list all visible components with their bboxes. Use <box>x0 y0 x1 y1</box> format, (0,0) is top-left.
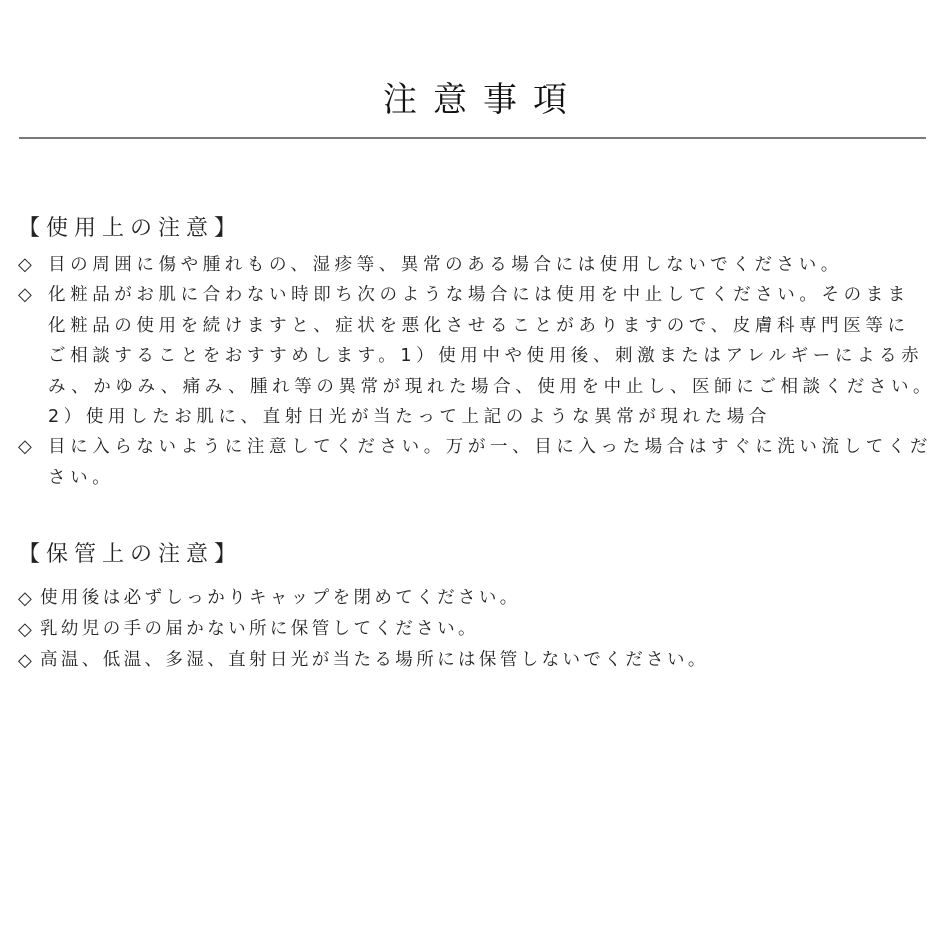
diamond-bullet-icon: ◇ <box>18 250 32 280</box>
diamond-bullet-icon: ◇ <box>18 432 32 462</box>
item-text: み、かゆみ、痛み、腫れ等の異常が現れた場合、使用を中止し、医師にご相談ください。 <box>48 372 928 402</box>
item-text: 化粧品の使用を続けますと、症状を悪化させることがありますので、皮膚科専門医等に <box>48 311 928 341</box>
title-divider <box>19 137 926 139</box>
item-text: 使用後は必ずしっかりキャップを閉めてください。 <box>40 583 928 614</box>
list-item: ◇ 化粧品がお肌に合わない時即ち次のような場合には使用を中止してください。そのま… <box>18 280 928 432</box>
item-text: ご相談することをおすすめします。1）使用中や使用後、刺激またはアレルギーによる赤 <box>48 341 928 371</box>
section-usage-precautions: 【使用上の注意】 ◇ 目の周囲に傷や腫れもの、湿疹等、異常のある場合には使用しな… <box>18 214 928 493</box>
diamond-bullet-icon: ◇ <box>18 583 32 614</box>
item-text: 2）使用したお肌に、直射日光が当たって上記のような異常が現れた場合 <box>48 402 928 432</box>
list-item: ◇ 高温、低温、多湿、直射日光が当たる場所には保管しないでください。 <box>18 645 928 676</box>
diamond-bullet-icon: ◇ <box>18 645 32 676</box>
page-title: 注意事項 <box>0 78 950 122</box>
diamond-bullet-icon: ◇ <box>18 614 32 645</box>
section-heading: 【保管上の注意】 <box>18 540 928 570</box>
item-text: 目の周囲に傷や腫れもの、湿疹等、異常のある場合には使用しないでください。 <box>48 250 928 280</box>
list-item: ◇ 目の周囲に傷や腫れもの、湿疹等、異常のある場合には使用しないでください。 <box>18 250 928 280</box>
item-text: 化粧品がお肌に合わない時即ち次のような場合には使用を中止してください。そのまま <box>48 280 928 310</box>
list-item: ◇ 使用後は必ずしっかりキャップを閉めてください。 <box>18 583 928 614</box>
item-text: 高温、低温、多湿、直射日光が当たる場所には保管しないでください。 <box>40 645 928 676</box>
item-text: 目に入らないように注意してください。万が一、目に入った場合はすぐに洗い流してくだ <box>48 432 928 462</box>
section-storage-precautions: 【保管上の注意】 ◇ 使用後は必ずしっかりキャップを閉めてください。 ◇ 乳幼児… <box>18 540 928 676</box>
section-heading: 【使用上の注意】 <box>18 214 928 244</box>
list-item: ◇ 乳幼児の手の届かない所に保管してください。 <box>18 614 928 645</box>
item-text: さい。 <box>48 463 928 493</box>
list-item: ◇ 目に入らないように注意してください。万が一、目に入った場合はすぐに洗い流して… <box>18 432 928 493</box>
item-text: 乳幼児の手の届かない所に保管してください。 <box>40 614 928 645</box>
diamond-bullet-icon: ◇ <box>18 280 32 310</box>
